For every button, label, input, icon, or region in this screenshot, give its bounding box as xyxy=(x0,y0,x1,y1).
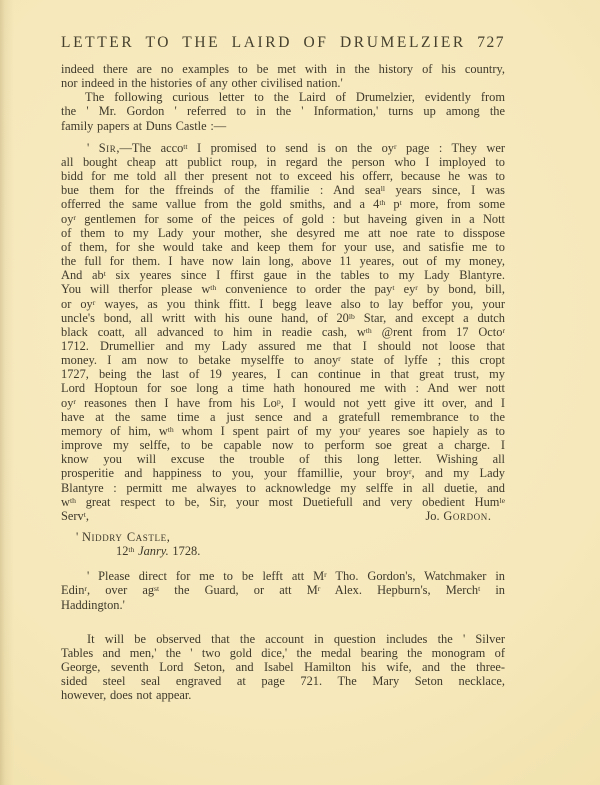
text-line: black coatt, all advanced to him in read… xyxy=(61,325,505,339)
text-line: family papers at Duns Castle :— xyxy=(61,119,505,133)
text-line: all bought cheap att publict roup, in re… xyxy=(61,155,505,169)
text-line: or oyr wayes, as you think ffitt. I begg… xyxy=(61,297,505,311)
text-line: You will therfor please wth convenience … xyxy=(61,282,505,296)
letter-body: ' Sir,—The accott I promised to send is … xyxy=(61,141,505,523)
text-line: uncle's bond, all writt with his oune ha… xyxy=(61,311,505,325)
text-line: 12th Janry. 1728. xyxy=(61,544,505,558)
text-line: ' Niddry Castle, xyxy=(61,530,505,544)
intro-paragraph: The following curious letter to the Lair… xyxy=(61,90,505,132)
text-line: ' Please direct for me to be lefft att M… xyxy=(61,569,505,583)
text-blocks: indeed there are no examples to be met w… xyxy=(61,62,505,703)
running-title: LETTER TO THE LAIRD OF DRUMELZIER xyxy=(61,34,466,52)
text-line: improve my selffe, to be capable now to … xyxy=(61,438,505,452)
closing-commentary-paragraph: It will be observed that the account in … xyxy=(61,632,505,703)
text-line: Edinr, over agst the Guard, or att Mr Al… xyxy=(61,583,505,597)
text-line: offerred the same vallue from the gold s… xyxy=(61,197,505,211)
text-line: the full for them. I have now lain long,… xyxy=(61,254,505,268)
text-line: of them to my Lady your mother, she desy… xyxy=(61,226,505,240)
letter-signature-block: ' Niddry Castle,12th Janry. 1728. xyxy=(61,530,505,558)
signature-name: Jo. Gordon. xyxy=(425,509,491,523)
text-line: Lord Hoptoun for soe long a time hath ho… xyxy=(61,381,505,395)
text-line: Haddington.' xyxy=(61,598,505,612)
text-line: ' Sir,—The accott I promised to send is … xyxy=(61,141,505,155)
text-line: 1712. Drumellier and my Lady assured me … xyxy=(61,339,505,353)
text-line: sided steel seal engraved at page 721. T… xyxy=(61,674,505,688)
text-line: Tables and men,' the ' two gold dice,' t… xyxy=(61,646,505,660)
text-line: George, seventh Lord Seton, and Isabel H… xyxy=(61,660,505,674)
text-line: prosperitie and happiness to you, your f… xyxy=(61,466,505,480)
text-column: LETTER TO THE LAIRD OF DRUMELZIER 727 in… xyxy=(61,34,505,703)
text-line: And abt six yeares since I ffirst gaue i… xyxy=(61,268,505,282)
text-line: oyr gentlemen for some of the peices of … xyxy=(61,212,505,226)
text-line: bidd for me told all ther present not to… xyxy=(61,169,505,183)
postscript-paragraph: ' Please direct for me to be lefft att M… xyxy=(61,569,505,611)
text-line: the ' Mr. Gordon ' referred to in the ' … xyxy=(61,104,505,118)
text-line: wth great respect to be, Sir, your most … xyxy=(61,495,505,509)
text-line: Blantyre : permitt me alwayes to acknowl… xyxy=(61,481,505,495)
text-line: 1727, being the last of 19 yeares, I can… xyxy=(61,367,505,381)
text-line: know you will excuse the trouble of this… xyxy=(61,452,505,466)
text-line: It will be observed that the account in … xyxy=(61,632,505,646)
text-line: nor indeed in the histories of any other… xyxy=(61,76,505,90)
text-line: money. I am now to betake myselffe to an… xyxy=(61,353,505,367)
text-line: bue them for the ffreinds of the ffamili… xyxy=(61,183,505,197)
text-line: have at the same time a just sence and a… xyxy=(61,410,505,424)
closing-word: Servt, xyxy=(61,509,89,523)
text-line: indeed there are no examples to be met w… xyxy=(61,62,505,76)
text-line: however, does not appear. xyxy=(61,688,505,702)
text-line: of them, for she would take and keep the… xyxy=(61,240,505,254)
text-line: The following curious letter to the Lair… xyxy=(61,90,505,104)
letter-closing-line: Servt,Jo. Gordon. xyxy=(61,509,505,523)
page-number: 727 xyxy=(477,34,505,52)
text-line: oyr reasones then I have from his Lop, I… xyxy=(61,396,505,410)
text-line: memory of him, wth whom I spent pairt of… xyxy=(61,424,505,438)
intro-continuation-paragraph: indeed there are no examples to be met w… xyxy=(61,62,505,90)
book-page: LETTER TO THE LAIRD OF DRUMELZIER 727 in… xyxy=(0,0,600,785)
page-header: LETTER TO THE LAIRD OF DRUMELZIER 727 xyxy=(61,34,505,52)
